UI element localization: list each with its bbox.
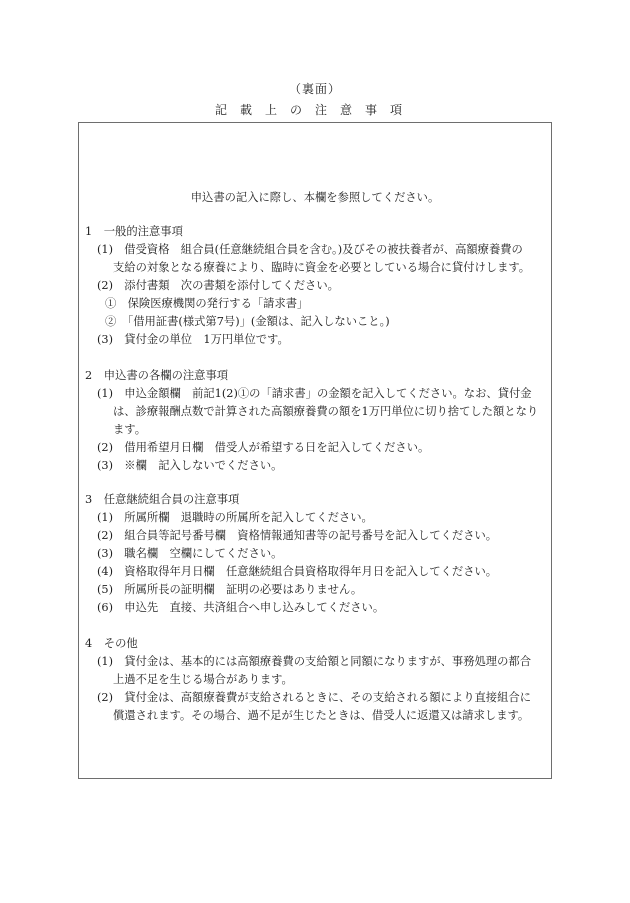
intro-text: 申込書の記入に際し、本欄を参照してください。 [79,189,551,205]
notice-box: 申込書の記入に際し、本欄を参照してください。 1 一般的注意事項 (1) 借受資… [78,122,552,779]
section-2-line: ます。 [113,421,146,439]
section-3-line: (6) 申込先 直接、共済組合へ申し込みしてください。 [97,599,384,617]
section-3-line: (5) 所属所長の証明欄 証明の必要はありません。 [97,581,362,599]
section-3-line: (2) 組合員等記号番号欄 資格情報通知書等の記号番号を記入してください。 [97,527,497,545]
section-number: 1 [85,223,92,241]
section-2-heading: 2 申込書の各欄の注意事項 [85,367,228,385]
section-heading-text: 任意継続組合員の注意事項 [104,493,240,506]
section-3-line: (1) 所属所欄 退職時の所属所を記入してください。 [97,509,373,527]
section-4-heading: 4 その他 [85,635,138,653]
section-2-line: (3) ※欄 記入しないでください。 [97,457,282,475]
section-heading-text: 申込書の各欄の注意事項 [104,369,228,382]
section-3-heading: 3 任意継続組合員の注意事項 [85,491,239,509]
section-1-line: 支給の対象となる療養により、臨時に資金を必要としている場合に貸付けします。 [113,259,530,277]
section-heading-text: 一般的注意事項 [104,225,183,238]
section-1-line: ① 保険医療機関の発行する「請求書」 [105,295,308,313]
section-1-line: ② 「借用証書(様式第7号)」(金額は、記入しないこと。) [105,313,390,331]
section-number: 2 [85,367,92,385]
section-2-line: は、診療報酬点数で計算された高額療養費の額を1万円単位に切り捨てした額となり [113,403,538,421]
section-2-line: (1) 申込金額欄 前記1(2)①の「請求書」の金額を記入してください。なお、貸… [97,385,532,403]
section-number: 4 [85,635,92,653]
page-title: 記載上の注意事項 [0,101,630,118]
section-2-line: (2) 借用希望月日欄 借受人が希望する日を記入してください。 [97,439,429,457]
section-heading-text: その他 [104,637,138,650]
section-4-line: 償還されます。その場合、過不足が生じたときは、借受人に返還又は請求します。 [113,707,529,725]
section-4-line: (2) 貸付金は、高額療養費が支給されるときに、その支給される額により直接組合に [97,689,531,707]
section-1-heading: 1 一般的注意事項 [85,223,183,241]
section-number: 3 [85,491,92,509]
section-3-line: (4) 資格取得年月日欄 任意継続組合員資格取得年月日を記入してください。 [97,563,497,581]
section-1-line: (2) 添付書類 次の書類を添付してください。 [97,277,339,295]
section-4-line: (1) 貸付金は、基本的には高額療養費の支給額と同額になりますが、事務処理の都合 [97,653,531,671]
section-4-line: 上過不足を生じる場合があります。 [113,671,293,689]
section-1-line: (3) 貸付金の単位 1万円単位です。 [97,331,289,349]
page-side-label: （裏面） [0,80,630,97]
section-1-line: (1) 借受資格 組合員(任意継続組合員を含む。)及びその被扶養者が、高額療養費… [97,241,523,259]
section-3-line: (3) 職名欄 空欄にしてください。 [97,545,282,563]
